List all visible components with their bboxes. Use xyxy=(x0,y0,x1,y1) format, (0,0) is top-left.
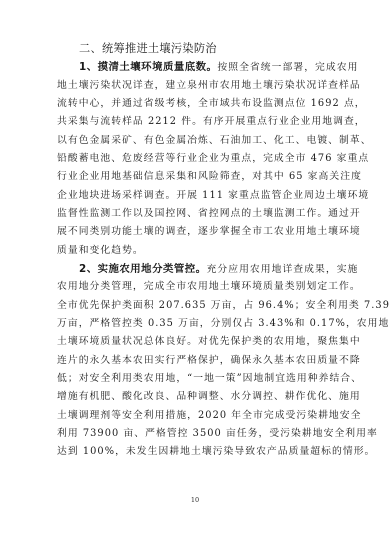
paragraph-1-line: 展不同类别功能土壤的调查，逐步掌握全市工农业用地土壤环境 xyxy=(57,223,337,241)
paragraph-2-line: 全市优先保护类面积 207.635 万亩，占 96.4%；安全利用类 7.39 xyxy=(57,297,337,315)
paragraph-1-line: 共采集与流转样品 2212 件。有序开展重点行业企业用地调查， xyxy=(57,113,337,131)
paragraph-2-line: 增施有机肥、酸化改良、品种调整、水分调控、耕作优化、施用 xyxy=(57,388,337,406)
paragraph-1-line: 企业地块进场采样调查。开展 111 家重点监管企业周边土壤环境 xyxy=(57,187,337,205)
paragraph-2-line: 农用地分类管理，完成全市农用地土壤环境质量类别划定工作。 xyxy=(57,278,337,296)
paragraph-1-lead: 1、摸清土壤环境质量底数。 xyxy=(79,61,217,73)
section-heading: 二、统筹推进土壤污染防治 xyxy=(57,40,337,58)
paragraph-2-line: 土壤环境质量状况总体良好。对优先保护类的农用地，聚焦集中 xyxy=(57,333,337,351)
paragraph-1-line-1: 1、摸清土壤环境质量底数。按照全省统一部署，完成农用 xyxy=(57,58,337,76)
paragraph-1-line: 行业企业用地基础信息采集和风险筛查，对其中 65 家高关注度 xyxy=(57,168,337,186)
paragraph-1-line: 铅酸蓄电池、危废经营等行业企业为重点，完成全市 476 家重点 xyxy=(57,150,337,168)
paragraph-2-line: 连片的永久基本农田实行严格保护，确保永久基本农田质量不降 xyxy=(57,352,337,370)
paragraph-2-line: 达到 100%，未发生因耕地土壤污染导致农产品质量超标的情形。 xyxy=(57,443,337,461)
paragraph-2-line: 万亩，严格管控类 0.35 万亩，分别仅占 3.43%和 0.17%，农用地 xyxy=(57,315,337,333)
paragraph-2-line-1: 2、实施农用地分类管控。充分应用农用地详查成果，实施 xyxy=(57,260,337,278)
page-number: 10 xyxy=(0,496,390,504)
paragraph-1-line: 质量和变化趋势。 xyxy=(57,242,337,260)
paragraph-2-line: 低；对安全利用类农用地，“一地一策”因地制宜选用种养结合、 xyxy=(57,370,337,388)
paragraph-1-line: 以有色金属采矿、有色金属冶炼、石油加工、化工、电镀、制革、 xyxy=(57,132,337,150)
paragraph-2-line: 土壤调理剂等安全利用措施，2020 年全市完成受污染耕地安全 xyxy=(57,407,337,425)
paragraph-2-lead: 2、实施农用地分类管控。 xyxy=(79,263,207,275)
paragraph-1-line: 地土壤污染状况详查，建立泉州市农用地土壤污染状况详查样品 xyxy=(57,77,337,95)
paragraph-2-line: 利用 73900 亩、严格管控 3500 亩任务，受污染耕地安全利用率 xyxy=(57,425,337,443)
document-body: 二、统筹推进土壤污染防治 1、摸清土壤环境质量底数。按照全省统一部署，完成农用 … xyxy=(57,40,337,462)
paragraph-2-text: 充分应用农用地详查成果，实施 xyxy=(207,264,359,275)
document-page: 二、统筹推进土壤污染防治 1、摸清土壤环境质量底数。按照全省统一部署，完成农用 … xyxy=(0,0,390,551)
paragraph-1-line: 监督性监测工作以及国控网、省控网点的土壤监测工作。通过开 xyxy=(57,205,337,223)
paragraph-1-text: 按照全省统一部署，完成农用 xyxy=(217,62,358,73)
paragraph-1-line: 流转中心，并通过省级考核，全市域共布设监测点位 1692 点， xyxy=(57,95,337,113)
